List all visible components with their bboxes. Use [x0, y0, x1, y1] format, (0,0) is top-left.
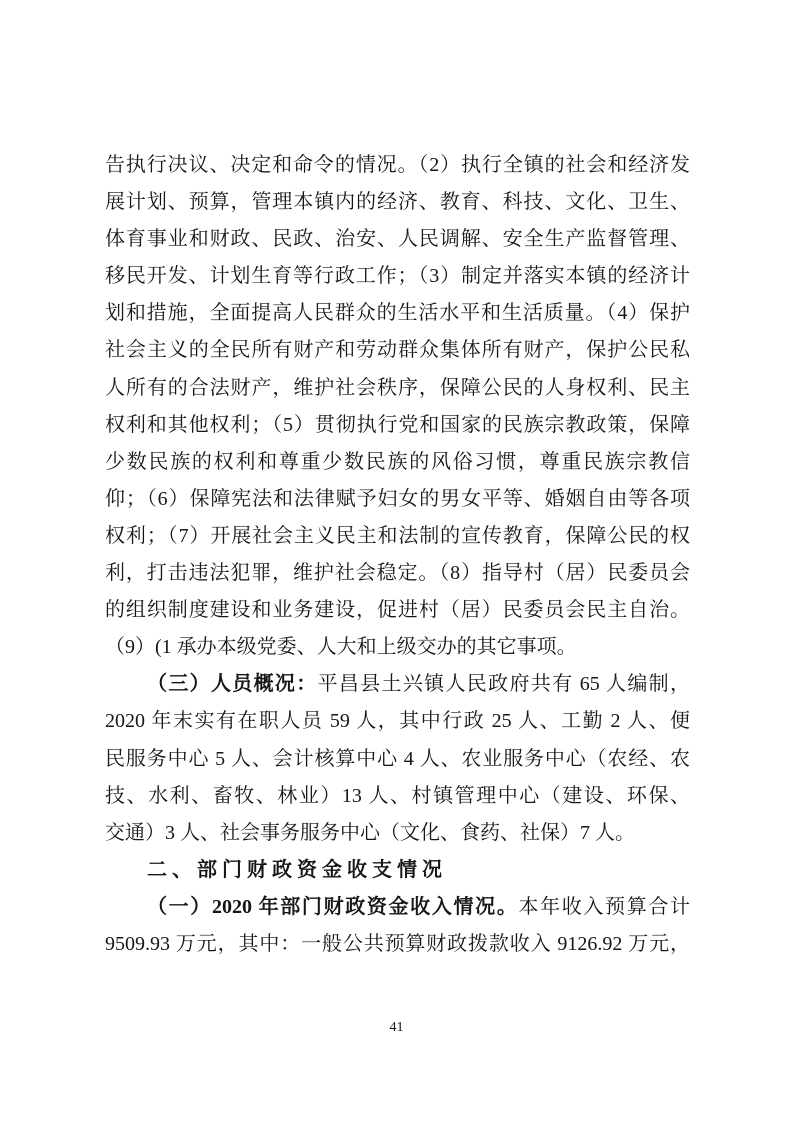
text-line: 9509.93 万元，其中：一般公共预算财政拨款收入 9126.92 万元， [105, 926, 690, 963]
text-line: 权利；（7）开展社会主义民主和法制的宣传教育，保障公民的权 [105, 518, 690, 555]
paragraph-text: 平昌县土兴镇人民政府共有 65 人编制， [318, 673, 690, 695]
text-line: （一）2020 年部门财政资金收入情况。本年收入预算合计 [105, 889, 690, 926]
text-line: 权利和其他权利；（5）贯彻执行党和国家的民族宗教政策，保障 [105, 407, 690, 444]
text-line: 体育事业和财政、民政、治安、人民调解、安全生产监督管理、 [105, 221, 690, 258]
paragraph-text: 本年收入预算合计 [518, 896, 690, 918]
text-line: 的组织制度建设和业务建设，促进村（居）民委员会民主自治。 [105, 592, 690, 629]
text-line: 仰；（6）保障宪法和法律赋予妇女的男女平等、婚姻自由等各项 [105, 481, 690, 518]
text-line: （三）人员概况：平昌县土兴镇人民政府共有 65 人编制， [105, 666, 690, 703]
text-line: 交通）3 人、社会事务服务中心（文化、食药、社保）7 人。 [105, 815, 690, 852]
text-line: 划和措施，全面提高人民群众的生活水平和生活质量。（4）保护 [105, 295, 690, 332]
document-page: 告执行决议、决定和命令的情况。（2）执行全镇的社会和经济发 展计划、预算，管理本… [0, 0, 793, 1122]
text-line: 2020 年末实有在职人员 59 人，其中行政 25 人、工勤 2 人、便 [105, 703, 690, 740]
text-line: （9）(1 承办本级党委、人大和上级交办的其它事项。 [105, 629, 690, 666]
text-line: 人所有的合法财产，维护社会秩序，保障公民的人身权利、民主 [105, 370, 690, 407]
document-body: 告执行决议、决定和命令的情况。（2）执行全镇的社会和经济发 展计划、预算，管理本… [105, 147, 690, 963]
text-line: 告执行决议、决定和命令的情况。（2）执行全镇的社会和经济发 [105, 147, 690, 184]
page-number: 41 [0, 1018, 793, 1038]
text-line: 利，打击违法犯罪，维护社会稳定。（8）指导村（居）民委员会 [105, 555, 690, 592]
text-line: 移民开发、计划生育等行政工作；（3）制定并落实本镇的经济计 [105, 258, 690, 295]
text-line: 少数民族的权利和尊重少数民族的风俗习惯，尊重民族宗教信 [105, 444, 690, 481]
text-line: 展计划、预算，管理本镇内的经济、教育、科技、文化、卫生、 [105, 184, 690, 221]
section-heading: 二、部门财政资金收支情况 [105, 852, 690, 889]
paragraph-lead: （三）人员概况： [147, 673, 318, 695]
text-line: 社会主义的全民所有财产和劳动群众集体所有财产，保护公民私 [105, 332, 690, 369]
text-line: 技、水利、畜牧、林业）13 人、村镇管理中心（建设、环保、 [105, 778, 690, 815]
paragraph-lead: （一）2020 年部门财政资金收入情况。 [147, 896, 518, 918]
text-line: 民服务中心 5 人、会计核算中心 4 人、农业服务中心（农经、农 [105, 741, 690, 778]
